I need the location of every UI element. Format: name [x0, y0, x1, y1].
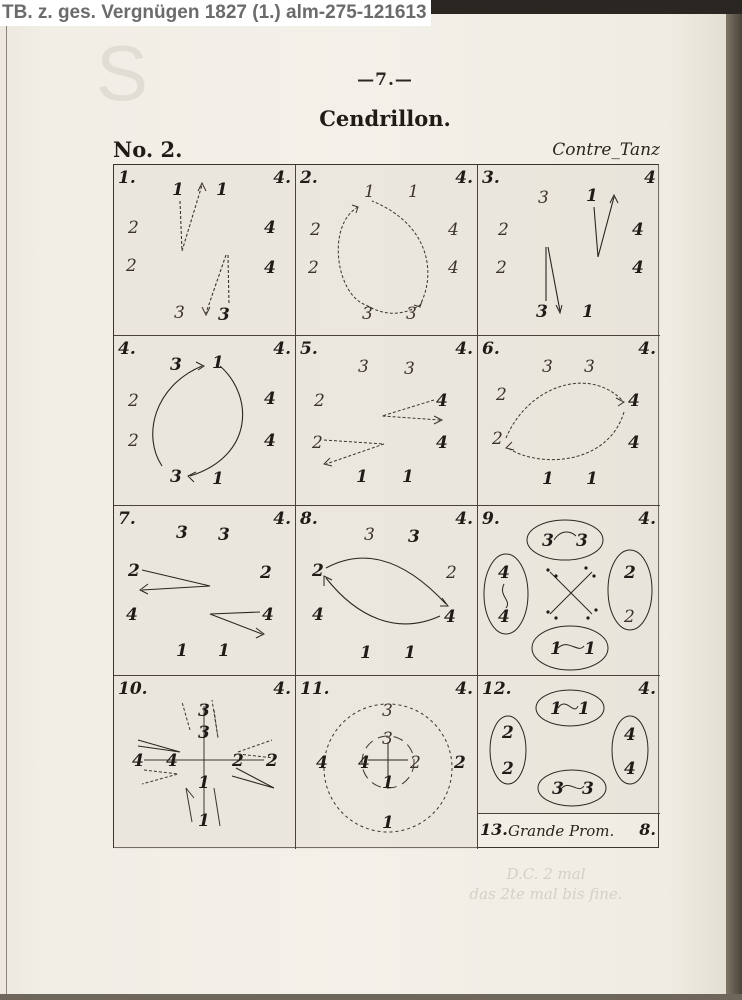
svg-text:4: 4 — [312, 605, 324, 625]
svg-text:4: 4 — [628, 433, 640, 453]
figure-cell-8: 8. 4. 33 22 44 11 — [296, 506, 478, 676]
figure-grid: 1. 4. 11 24 24 33 2. 4. 11 24 24 33 3. 4 — [113, 164, 659, 848]
svg-text:3: 3 — [406, 304, 417, 324]
promenade-label: Grande Prom. — [508, 822, 614, 840]
svg-text:2: 2 — [409, 753, 421, 773]
figure-cell-5: 5. 4. 33 24 24 11 — [296, 336, 478, 506]
figure-diagram: 31 24 24 31 — [478, 165, 660, 336]
svg-text:3: 3 — [552, 779, 564, 799]
svg-text:2: 2 — [127, 561, 140, 581]
svg-text:3: 3 — [404, 359, 415, 379]
svg-text:1: 1 — [176, 641, 188, 661]
svg-text:1: 1 — [550, 699, 562, 719]
svg-text:2: 2 — [445, 563, 457, 583]
svg-text:1: 1 — [586, 186, 598, 206]
svg-text:1: 1 — [218, 641, 230, 661]
svg-text:2: 2 — [127, 431, 139, 451]
svg-text:4: 4 — [632, 258, 644, 278]
svg-text:2: 2 — [311, 433, 323, 453]
svg-text:4: 4 — [264, 389, 276, 409]
svg-text:2: 2 — [307, 258, 319, 278]
figure-cell-3: 3. 4 31 24 24 31 — [478, 165, 660, 336]
svg-text:1: 1 — [212, 469, 224, 489]
svg-text:4: 4 — [436, 391, 448, 411]
svg-text:3: 3 — [382, 729, 393, 749]
svg-text:3: 3 — [174, 303, 185, 323]
svg-text:1: 1 — [382, 773, 394, 793]
svg-text:2: 2 — [501, 759, 514, 779]
figure-diagram: 33 24 24 11 — [296, 336, 478, 506]
svg-text:1: 1 — [404, 643, 416, 663]
svg-text:2: 2 — [265, 751, 278, 771]
svg-text:3: 3 — [538, 188, 549, 208]
figure-diagram: 11 24 24 33 — [296, 165, 478, 336]
page-edge-right — [726, 14, 742, 1000]
figure-diagram: 33 44 22 11 — [114, 676, 296, 849]
image-caption: TB. z. ges. Vergnügen 1827 (1.) alm-275-… — [0, 0, 431, 26]
figure-cell-1: 1. 4. 11 24 24 33 — [114, 165, 296, 336]
svg-text:4: 4 — [264, 431, 276, 451]
svg-text:4: 4 — [624, 725, 636, 745]
svg-text:4: 4 — [632, 220, 644, 240]
svg-text:3: 3 — [170, 355, 182, 375]
svg-text:2: 2 — [623, 607, 635, 627]
svg-text:4: 4 — [498, 563, 510, 583]
svg-text:1: 1 — [172, 180, 184, 200]
svg-text:3: 3 — [170, 467, 182, 487]
svg-text:3: 3 — [218, 305, 230, 325]
svg-text:3: 3 — [584, 357, 595, 377]
svg-text:3: 3 — [176, 523, 188, 543]
svg-text:4: 4 — [447, 258, 459, 278]
svg-text:1: 1 — [408, 182, 419, 202]
svg-text:3: 3 — [382, 701, 393, 721]
svg-text:4: 4 — [132, 751, 144, 771]
svg-text:3: 3 — [198, 701, 210, 721]
svg-text:2: 2 — [259, 563, 272, 583]
figure-cell-12: 12. 4. 11 22 44 33 — [478, 676, 660, 813]
svg-text:1: 1 — [356, 467, 368, 487]
promenade-number: 13. — [480, 820, 508, 839]
svg-text:1: 1 — [584, 639, 596, 659]
svg-text:4: 4 — [126, 605, 138, 625]
svg-text:2: 2 — [497, 220, 509, 240]
figure-diagram: 33 22 44 11 — [114, 506, 296, 676]
svg-text:4: 4 — [628, 391, 640, 411]
svg-text:1: 1 — [216, 180, 228, 200]
svg-text:2: 2 — [309, 220, 321, 240]
svg-text:2: 2 — [127, 218, 139, 238]
svg-text:4: 4 — [166, 751, 178, 771]
grande-promenade-row: 13. Grande Prom. 8. — [478, 813, 660, 849]
svg-text:1: 1 — [542, 469, 554, 489]
bleed-through-text: D.C. 2 mal das 2te mal bis fine. — [436, 864, 656, 904]
svg-text:1: 1 — [578, 699, 590, 719]
svg-text:3: 3 — [358, 357, 369, 377]
svg-text:2: 2 — [491, 429, 503, 449]
figure-diagram: 11 22 44 33 — [478, 676, 660, 813]
svg-text:2: 2 — [495, 385, 507, 405]
figure-diagram: 33 24 24 11 — [478, 336, 660, 506]
figure-cell-6: 6. 4. 33 24 24 11 — [478, 336, 660, 506]
svg-text:3: 3 — [364, 525, 375, 545]
svg-text:4: 4 — [316, 753, 328, 773]
svg-text:2: 2 — [125, 256, 137, 276]
svg-text:4: 4 — [262, 605, 274, 625]
svg-text:4: 4 — [264, 218, 276, 238]
svg-text:2: 2 — [623, 563, 636, 583]
svg-text:2: 2 — [501, 723, 514, 743]
svg-text:1: 1 — [198, 811, 210, 831]
page-edge-bottom — [0, 994, 742, 1000]
page-number: —7.— — [340, 70, 430, 90]
svg-text:1: 1 — [382, 813, 394, 833]
svg-text:3: 3 — [582, 779, 594, 799]
svg-text:2: 2 — [311, 561, 324, 581]
svg-text:2: 2 — [313, 391, 325, 411]
figure-diagram: 33 44 22 11 — [478, 506, 660, 676]
figure-diagram: 33 22 44 11 — [296, 506, 478, 676]
page-spine — [6, 14, 7, 1000]
svg-text:4: 4 — [447, 220, 459, 240]
svg-text:1: 1 — [582, 302, 594, 322]
svg-text:4: 4 — [498, 607, 510, 627]
figure-cell-11: 11. 4. 3 3 44 22 11 — [296, 676, 478, 849]
svg-text:3: 3 — [542, 531, 554, 551]
dance-number: No. 2. — [113, 137, 182, 162]
svg-text:1: 1 — [212, 353, 224, 373]
bleed-through-line: D.C. 2 mal — [436, 864, 656, 884]
figure-cell-4: 4. 4. 31 24 24 31 — [114, 336, 296, 506]
svg-text:1: 1 — [586, 469, 598, 489]
svg-text:3: 3 — [198, 723, 210, 743]
dance-type: Contre_Tanz — [530, 140, 660, 160]
svg-text:1: 1 — [364, 182, 375, 202]
svg-text:4: 4 — [264, 258, 276, 278]
library-stamp: S — [96, 34, 148, 112]
figure-diagram: 3 3 44 22 11 — [296, 676, 478, 849]
dance-title: Cendrillon. — [290, 106, 480, 131]
svg-text:4: 4 — [624, 759, 636, 779]
bleed-through-line: das 2te mal bis fine. — [436, 884, 656, 904]
svg-text:3: 3 — [542, 357, 553, 377]
svg-text:4: 4 — [444, 607, 456, 627]
svg-text:3: 3 — [218, 525, 230, 545]
svg-text:1: 1 — [550, 639, 562, 659]
figure-diagram: 11 24 24 33 — [114, 165, 296, 336]
promenade-bars: 8. — [639, 820, 656, 839]
svg-text:1: 1 — [402, 467, 414, 487]
svg-text:4: 4 — [436, 433, 448, 453]
figure-cell-7: 7. 4. 33 22 44 11 — [114, 506, 296, 676]
svg-text:2: 2 — [495, 258, 507, 278]
figure-diagram: 31 24 24 31 — [114, 336, 296, 506]
svg-text:2: 2 — [231, 751, 244, 771]
svg-text:3: 3 — [576, 531, 588, 551]
figure-cell-2: 2. 4. 11 24 24 33 — [296, 165, 478, 336]
svg-text:1: 1 — [360, 643, 372, 663]
figure-cell-10: 10. 4. 33 44 22 11 — [114, 676, 296, 849]
svg-text:2: 2 — [127, 391, 139, 411]
svg-text:3: 3 — [408, 527, 420, 547]
svg-text:4: 4 — [358, 753, 370, 773]
svg-text:3: 3 — [536, 302, 548, 322]
svg-text:3: 3 — [362, 304, 373, 324]
figure-cell-9: 9. 4. 33 44 22 11 — [478, 506, 660, 676]
svg-text:2: 2 — [453, 753, 466, 773]
svg-text:1: 1 — [198, 773, 210, 793]
